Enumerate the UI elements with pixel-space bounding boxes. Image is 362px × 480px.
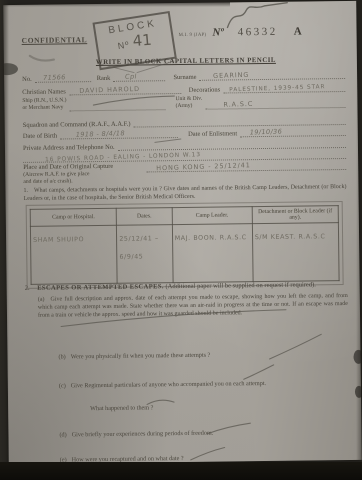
rank-field: Cpl xyxy=(113,71,165,82)
photo-shadow-left xyxy=(0,0,9,480)
ship-field xyxy=(70,100,166,111)
instruction-heading: WRITE IN BLOCK CAPITAL LETTERS IN PENCIL xyxy=(76,57,296,67)
address-label: Private Address and Telephone No. xyxy=(23,144,118,152)
squadron-label: Squadron and Command (R.A.F., A.A.F.) xyxy=(23,121,134,129)
enlistment-label: Date of Enlistment xyxy=(178,130,240,138)
question-1-text: What camps, detachments or hospitals wer… xyxy=(24,184,347,202)
date-of-birth-label: Date of Birth xyxy=(23,132,60,139)
pencil-strike-2b xyxy=(269,334,321,359)
question-2c-followup: What happened to them ? xyxy=(90,404,153,412)
question-2c-followup-text: What happened to them ? xyxy=(90,404,153,412)
section-2-number: 2. xyxy=(25,285,36,292)
christian-names-field: DAVID HAROLD xyxy=(69,84,181,95)
section-2-title: ESCAPES OR ATTEMPTED ESCAPES. xyxy=(37,283,164,292)
unit-div-label: Unit & Div. (Army) xyxy=(165,96,205,110)
capture-field: HONG KONG - 25/12/41 xyxy=(146,160,346,172)
rank-value-handwritten: Cpl xyxy=(125,72,137,80)
header-dates: Dates. xyxy=(116,208,172,226)
detachment-leader-value-handwritten: S/M KEAST. R.A.S.C xyxy=(255,233,326,241)
row-no-rank-surname: No. 71566 Rank Cpl Surname GEARING xyxy=(22,69,345,83)
row-ship-unit: Ship (R.N., U.S.N.) or Merchant Navy Uni… xyxy=(22,94,345,112)
photo-shadow-right xyxy=(356,0,362,480)
questionnaire-form-page: CONFIDENTIAL BLOCK Nº 41 M.I. 9 (JAP) Nº… xyxy=(3,1,362,464)
question-1-number: 1. xyxy=(23,188,34,194)
question-1: 1.What camps, detachments or hospitals w… xyxy=(23,183,346,203)
stamp-no-label: Nº xyxy=(117,39,130,51)
question-2c-text: Give Regimental particulars of anyone wh… xyxy=(71,380,266,389)
scanned-document-photo: CONFIDENTIAL BLOCK Nº 41 M.I. 9 (JAP) Nº… xyxy=(0,0,362,480)
surname-field: GEARING xyxy=(199,69,345,81)
question-2a-letter: (a) xyxy=(38,297,51,303)
question-2b-text: Were you physically fit when you made th… xyxy=(71,352,211,361)
decorations-field: PALESTINE, 1939-45 STAR xyxy=(223,82,345,93)
photo-shadow-top xyxy=(0,0,230,7)
stamp-block-number-handwritten: 41 xyxy=(132,31,153,51)
pencil-smudge-under-confidential xyxy=(30,56,54,61)
unit-div-value-handwritten: R.A.S.C xyxy=(223,100,253,109)
pencil-strike-2d xyxy=(207,423,250,434)
question-2a: (a)Give full description and approx. dat… xyxy=(38,292,348,320)
header-detachment-leader: Detachment or Block Leader (if any). xyxy=(252,206,338,224)
serial-no-label: Nº xyxy=(212,26,223,38)
surname-label: Surname xyxy=(165,74,199,81)
christian-names-label: Christian Names xyxy=(22,88,69,96)
enlistment-value-handwritten: 19/10/36 xyxy=(250,127,283,136)
unit-div-field: R.A.S.C xyxy=(205,98,345,110)
no-label: No. xyxy=(22,76,35,83)
row-capture: Place and Date of Original Capture (Airc… xyxy=(23,160,346,186)
decorations-value-handwritten: PALESTINE, 1939-45 STAR xyxy=(229,84,325,93)
form-reference-row: M.I. 9 (JAP) Nº 46332 A xyxy=(178,26,301,40)
date-of-birth-field: 1918 - 8/4/18 xyxy=(60,128,178,139)
pencil-strike-2c xyxy=(244,365,274,379)
camp-value-handwritten: SHAM SHUIPO xyxy=(33,236,84,244)
camps-table-row: SHAM SHUIPO 25/12/41 – 6/9/45 MAJ. BOON.… xyxy=(30,223,339,285)
camp-leader-value-handwritten: MAJ. BOON. R.A.S.C xyxy=(175,234,247,242)
question-2d-text: Give briefly your experiences during per… xyxy=(72,430,214,439)
question-2b: (b)Were you physically fit when you made… xyxy=(58,352,210,361)
serial-suffix: A xyxy=(294,26,302,38)
camps-table: Camp or Hospital. Dates. Camp Leader. De… xyxy=(30,205,340,285)
capture-label: Place and Date of Original Capture (Airc… xyxy=(23,162,146,185)
photo-dark-band-bottom xyxy=(0,462,362,480)
form-reference: M.I. 9 (JAP) xyxy=(179,33,207,38)
decorations-label: Decorations xyxy=(181,86,223,94)
question-2c: (c)Give Regimental particulars of anyone… xyxy=(59,380,266,390)
section-2-note: (Additional paper will be supplied on re… xyxy=(165,281,315,290)
rank-label: Rank xyxy=(91,75,114,82)
no-value-handwritten: 71566 xyxy=(43,73,66,82)
header-camp-or-hospital: Camp or Hospital. xyxy=(30,208,116,226)
question-2a-text: Give full description and approx. date o… xyxy=(38,293,348,319)
camps-table-outer-box: Camp or Hospital. Dates. Camp Leader. De… xyxy=(26,201,344,289)
no-field: 71566 xyxy=(35,72,91,83)
date-of-birth-value-handwritten: 1918 - 8/4/18 xyxy=(76,129,125,139)
surname-value-handwritten: GEARING xyxy=(213,71,249,80)
question-2d: (d)Give briefly your experiences during … xyxy=(59,430,213,439)
capture-value-handwritten: HONG KONG - 25/12/41 xyxy=(156,161,251,172)
pencil-flourish-top-right xyxy=(227,3,287,28)
christian-names-value-handwritten: DAVID HAROLD xyxy=(79,85,140,95)
header-camp-leader: Camp Leader. xyxy=(172,207,252,225)
pencil-strike-2e xyxy=(191,448,225,460)
confidential-marking: CONFIDENTIAL xyxy=(22,35,88,45)
dates-value-handwritten: 25/12/41 – 6/9/45 xyxy=(119,235,159,260)
serial-number: 46332 xyxy=(238,26,278,38)
enlistment-field: 19/10/36 xyxy=(240,126,346,137)
ship-label: Ship (R.N., U.S.N.) or Merchant Navy xyxy=(22,97,69,112)
